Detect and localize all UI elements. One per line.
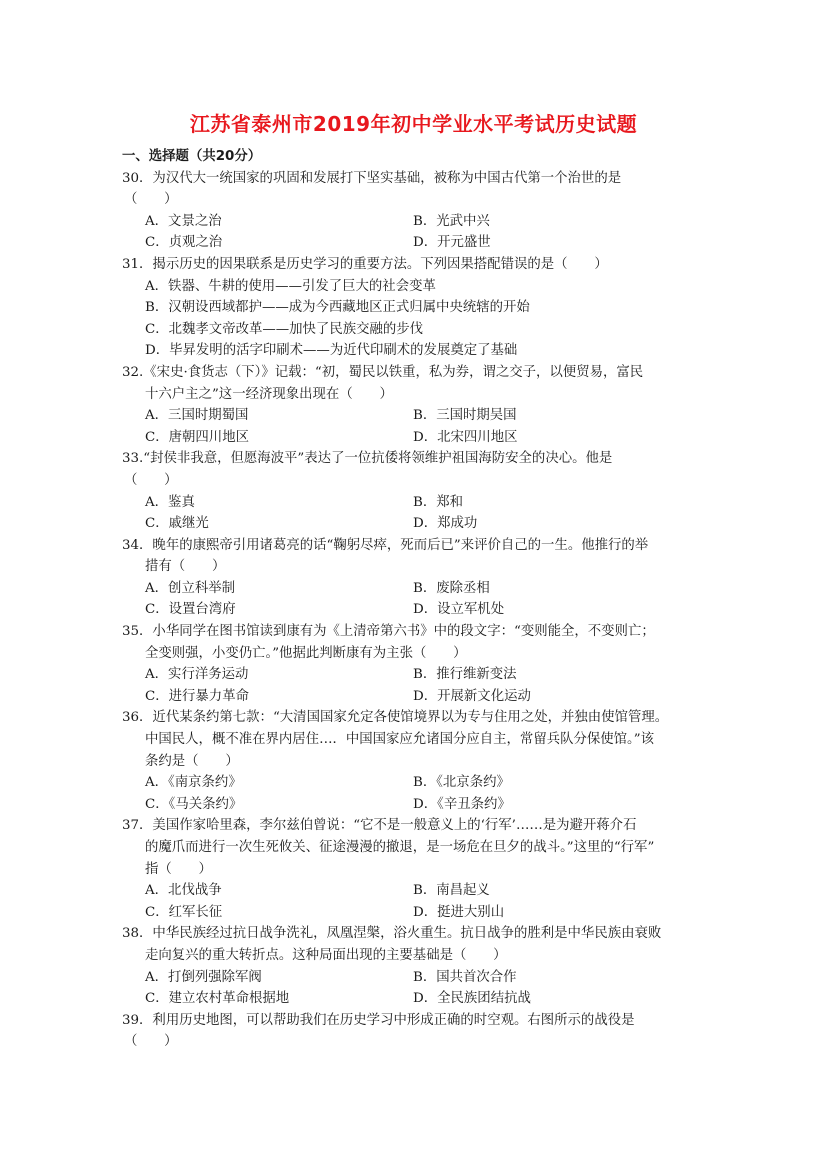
- option-d: D．《辛丑条约》: [413, 794, 511, 816]
- option-a: A．《南京条约》: [145, 772, 242, 794]
- option-a: A．鉴真: [145, 492, 195, 514]
- answer-blank: （ ）: [122, 470, 707, 492]
- question-stem: 32.《宋史·食货志（下）》记载：“初，蜀民以铁重，私为券，谓之交子，以便贸易，…: [122, 362, 707, 384]
- question-stem: 30．为汉代大一统国家的巩固和发展打下坚实基础，被称为中国古代第一个治世的是: [122, 168, 707, 190]
- option-c: C．设置台湾府: [145, 599, 236, 621]
- option-c: C．《马关条约》: [145, 794, 242, 816]
- option-b: B．《北京条约》: [413, 772, 510, 794]
- option-b: B．南昌起义: [413, 880, 490, 902]
- question-stem-cont: 中国民人，概不准在界内居住…．中国国家应允诸国分应自主，常留兵队分保使馆。”该: [122, 729, 707, 751]
- option-d: D．北宋四川地区: [413, 427, 517, 449]
- option-a: A．文景之治: [145, 211, 222, 233]
- option-d: D．毕昇发明的活字印刷术——为近代印刷术的发展奠定了基础: [122, 340, 707, 362]
- question-stem-cont: 全变则强，小变仍亡。”他据此判断康有为主张（ ）: [122, 643, 707, 665]
- question-stem-cont: 十六户主之”这一经济现象出现在（ ）: [122, 384, 707, 406]
- question-30: 30．为汉代大一统国家的巩固和发展打下坚实基础，被称为中国古代第一个治世的是 （…: [122, 168, 707, 254]
- question-stem: 34．晚年的康熙帝引用诸葛亮的话“鞠躬尽瘁，死而后已”来评价自己的一生。他推行的…: [122, 535, 707, 557]
- option-d: D．全民族团结抗战: [413, 988, 531, 1010]
- option-b: B．郑和: [413, 492, 463, 514]
- question-31: 31．揭示历史的因果联系是历史学习的重要方法。下列因果搭配错误的是（ ） A．铁…: [122, 254, 707, 362]
- question-stem-cont: 走向复兴的重大转折点。这种局面出现的主要基础是（ ）: [122, 945, 707, 967]
- option-b: B．汉朝设西域都护——成为今西藏地区正式归属中央统辖的开始: [122, 297, 707, 319]
- option-b: B．国共首次合作: [413, 967, 517, 989]
- option-a: A．实行洋务运动: [145, 664, 248, 686]
- question-stem-cont: 指（ ）: [122, 859, 707, 881]
- option-c: C．建立农村革命根据地: [145, 988, 289, 1010]
- option-c: C．进行暴力革命: [145, 686, 249, 708]
- option-d: D．开展新文化运动: [413, 686, 531, 708]
- option-a: A．北伐战争: [145, 880, 222, 902]
- answer-blank: （ ）: [122, 189, 707, 211]
- option-a: A．三国时期蜀国: [145, 405, 248, 427]
- option-a: A．铁器、牛耕的使用——引发了巨大的社会变革: [122, 276, 707, 298]
- question-stem: 31．揭示历史的因果联系是历史学习的重要方法。下列因果搭配错误的是（ ）: [122, 254, 707, 276]
- option-c: C．贞观之治: [145, 232, 222, 254]
- exam-title: 江苏省泰州市2019年初中学业水平考试历史试题: [0, 108, 827, 137]
- question-36: 36．近代某条约第七款：“大清国国家允定各使馆境界以为专与住用之处，并独由使馆管…: [122, 707, 707, 815]
- option-d: D．设立军机处: [413, 599, 504, 621]
- option-b: B．废除丞相: [413, 578, 490, 600]
- option-a: A．打倒列强除军阀: [145, 967, 262, 989]
- option-b: B．光武中兴: [413, 211, 490, 233]
- exam-page: 江苏省泰州市2019年初中学业水平考试历史试题 一、选择题（共20分） 30．为…: [0, 0, 827, 1169]
- question-34: 34．晚年的康熙帝引用诸葛亮的话“鞠躬尽瘁，死而后已”来评价自己的一生。他推行的…: [122, 535, 707, 621]
- question-37: 37．美国作家哈里森，李尔兹伯曾说：“它不是一般意义上的‘行军’……是为避开蒋介…: [122, 815, 707, 923]
- question-stem: 36．近代某条约第七款：“大清国国家允定各使馆境界以为专与住用之处，并独由使馆管…: [122, 707, 707, 729]
- question-stem: 35．小华同学在图书馆读到康有为《上清帝第六书》中的段文字：“变则能全，不变则亡…: [122, 621, 707, 643]
- question-stem: 37．美国作家哈里森，李尔兹伯曾说：“它不是一般意义上的‘行军’……是为避开蒋介…: [122, 815, 707, 837]
- option-c: C．唐朝四川地区: [145, 427, 249, 449]
- question-stem: 38．中华民族经过抗日战争洗礼，凤凰涅槃，浴火重生。抗日战争的胜利是中华民族由衰…: [122, 923, 707, 945]
- option-b: B．推行维新变法: [413, 664, 517, 686]
- option-d: D．郑成功: [413, 513, 477, 535]
- option-a: A．创立科举制: [145, 578, 235, 600]
- answer-blank: （ ）: [122, 1031, 707, 1053]
- option-c: C．戚继光: [145, 513, 209, 535]
- question-35: 35．小华同学在图书馆读到康有为《上清帝第六书》中的段文字：“变则能全，不变则亡…: [122, 621, 707, 707]
- option-c: C．北魏孝文帝改革——加快了民族交融的步伐: [122, 319, 707, 341]
- section-heading: 一、选择题（共20分）: [122, 146, 707, 168]
- question-stem: 33.“封侯非我意，但愿海波平”表达了一位抗倭将领维护祖国海防安全的决心。他是: [122, 448, 707, 470]
- option-b: B．三国时期吴国: [413, 405, 517, 427]
- question-32: 32.《宋史·食货志（下）》记载：“初，蜀民以铁重，私为券，谓之交子，以便贸易，…: [122, 362, 707, 448]
- question-stem-cont: 的魔爪而进行一次生死攸关、征途漫漫的撤退，是一场危在旦夕的战斗。”这里的“行军”: [122, 837, 707, 859]
- option-c: C．红军长征: [145, 902, 222, 924]
- option-d: D．挺进大别山: [413, 902, 504, 924]
- exam-content: 一、选择题（共20分） 30．为汉代大一统国家的巩固和发展打下坚实基础，被称为中…: [122, 146, 707, 1053]
- question-39: 39．利用历史地图，可以帮助我们在历史学习中形成正确的时空观。右图所示的战役是 …: [122, 1010, 707, 1053]
- question-33: 33.“封侯非我意，但愿海波平”表达了一位抗倭将领维护祖国海防安全的决心。他是 …: [122, 448, 707, 534]
- question-38: 38．中华民族经过抗日战争洗礼，凤凰涅槃，浴火重生。抗日战争的胜利是中华民族由衰…: [122, 923, 707, 1009]
- question-stem-cont: 措有（ ）: [122, 556, 707, 578]
- question-stem: 39．利用历史地图，可以帮助我们在历史学习中形成正确的时空观。右图所示的战役是: [122, 1010, 707, 1032]
- question-stem-cont: 条约是（ ）: [122, 751, 707, 773]
- option-d: D．开元盛世: [413, 232, 491, 254]
